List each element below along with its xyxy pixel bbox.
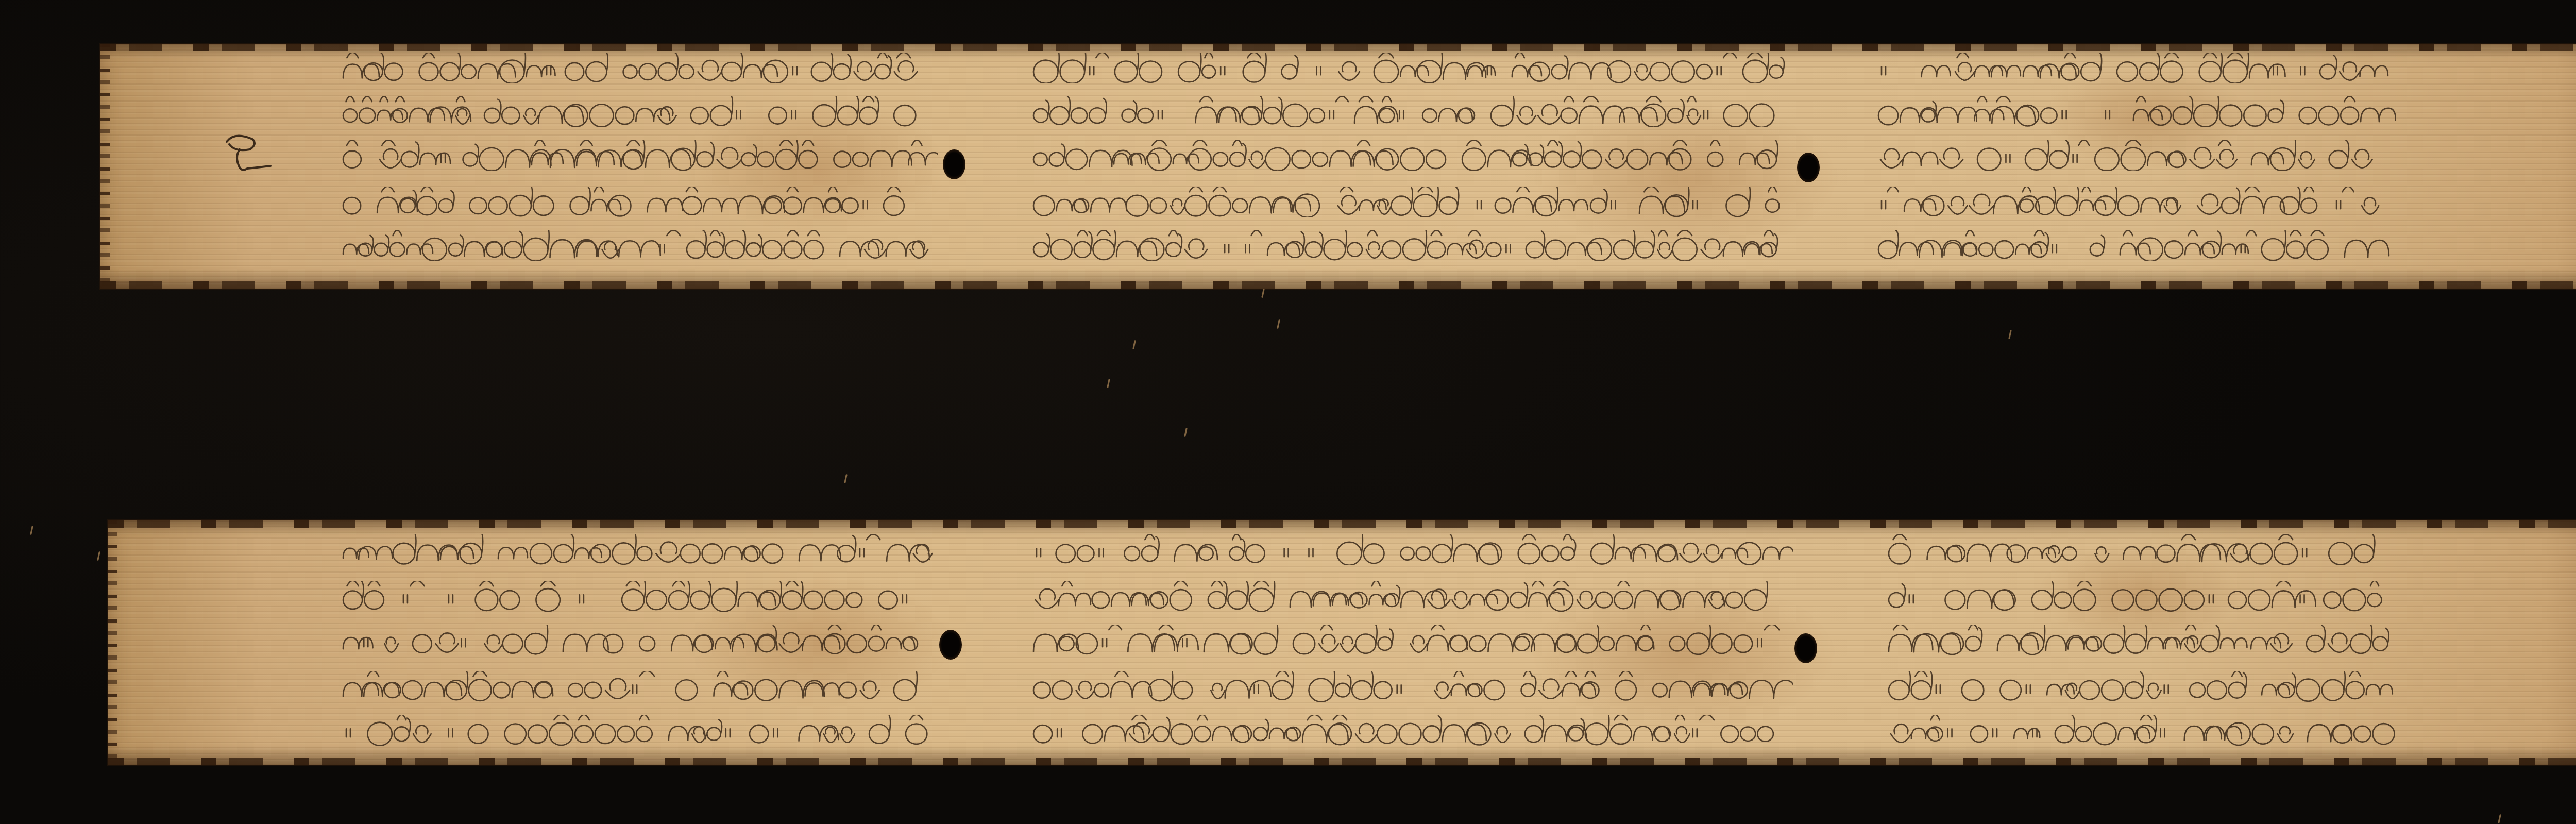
manuscript-text-line (1030, 671, 1793, 702)
velvet-fleck (2008, 330, 2012, 339)
folio-number-marker (216, 126, 273, 183)
binding-hole (1797, 153, 1820, 182)
manuscript-text-line (1875, 96, 2396, 127)
manuscript-text-line (340, 140, 938, 171)
velvet-fleck (1132, 340, 1136, 349)
manuscript-text-line (340, 581, 938, 612)
manuscript-text-line (1886, 715, 2396, 746)
manuscript-text-line (1030, 53, 1793, 83)
velvet-fleck (1277, 319, 1280, 329)
manuscript-text-line (1030, 715, 1793, 746)
manuscript-text-line (340, 625, 938, 655)
velvet-fleck (844, 474, 848, 483)
manuscript-text-line (1886, 581, 2396, 612)
manuscript-text-line (1030, 96, 1793, 127)
manuscript-text-line (1886, 671, 2396, 702)
manuscript-text-line (1875, 140, 2396, 171)
edge-bottom-wear (100, 281, 2576, 289)
manuscript-text-line (340, 534, 938, 565)
manuscript-text-line (1030, 581, 1793, 612)
manuscript-text-line (1030, 230, 1793, 261)
velvet-fleck (1107, 379, 1110, 388)
velvet-fleck (30, 526, 33, 535)
manuscript-text-line (1875, 53, 2396, 83)
manuscript-text-line (1875, 187, 2396, 217)
velvet-fleck (97, 551, 100, 561)
velvet-fleck (1261, 289, 1265, 298)
edge-left-wear (100, 44, 110, 289)
edge-bottom-wear (108, 758, 2576, 765)
manuscript-text-line (1886, 625, 2396, 655)
manuscript-text-line (340, 53, 938, 83)
edge-top-wear (100, 44, 2576, 51)
velvet-fleck (1184, 428, 1188, 437)
edge-top-wear (108, 520, 2576, 528)
manuscript-text-line (1030, 140, 1793, 171)
manuscript-text-line (340, 715, 938, 746)
manuscript-text-line (1030, 534, 1793, 565)
manuscript-text-line (1030, 625, 1793, 655)
manuscript-text-line (340, 187, 938, 217)
manuscript-text-line (340, 96, 938, 127)
manuscript-text-line (340, 230, 938, 261)
binding-hole (939, 630, 962, 660)
manuscript-text-line (1886, 534, 2396, 565)
edge-left-wear (108, 520, 117, 765)
velvet-fleck (2498, 814, 2501, 823)
binding-hole (943, 149, 965, 179)
binding-hole (1794, 633, 1817, 663)
manuscript-text-line (1030, 187, 1793, 217)
manuscript-text-line (1875, 230, 2396, 261)
manuscript-text-line (340, 671, 938, 702)
